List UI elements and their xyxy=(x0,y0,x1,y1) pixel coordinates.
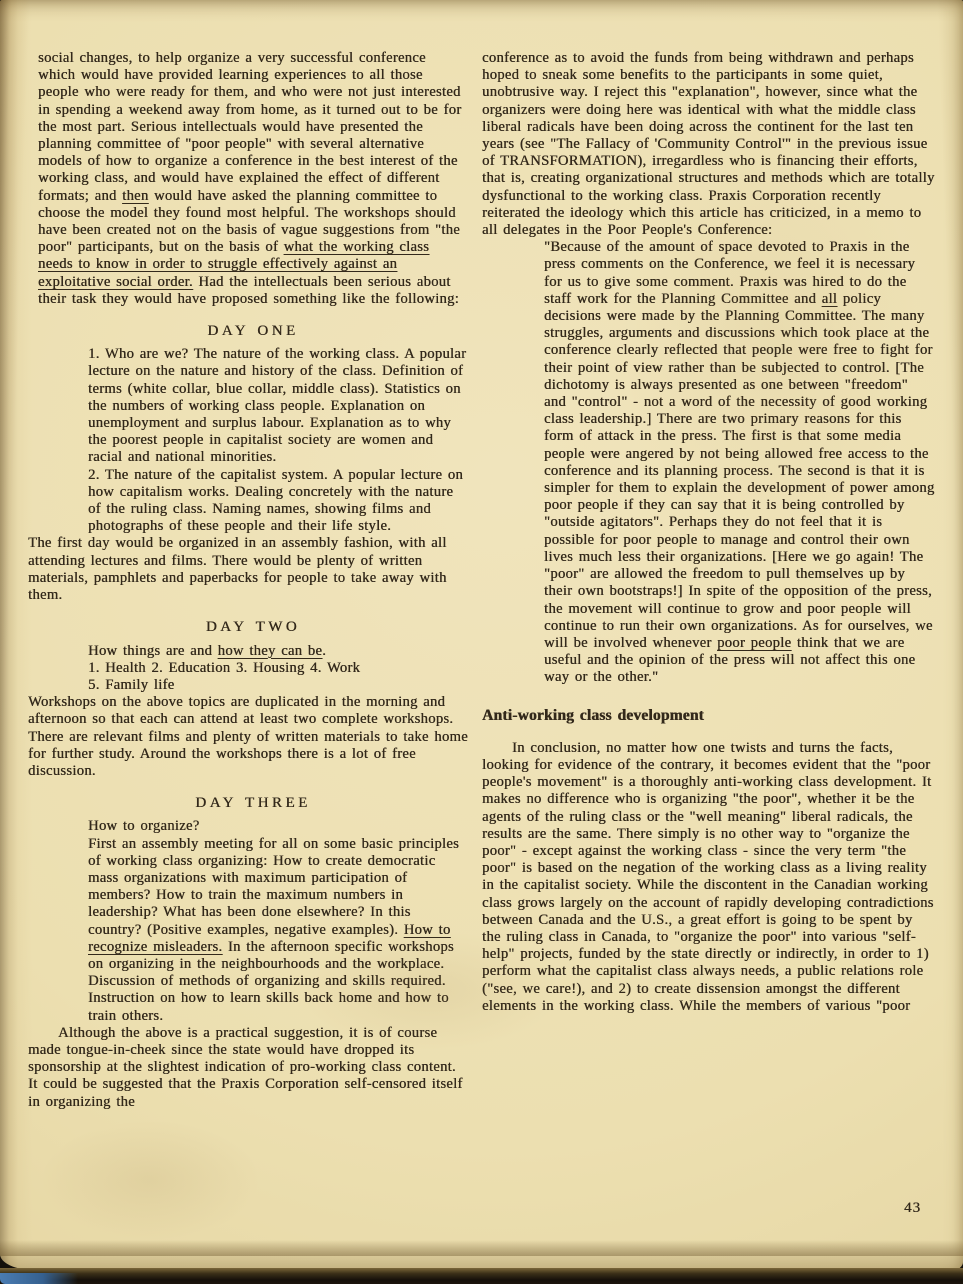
text-block: 1. Who are we? The nature of the working… xyxy=(88,346,468,466)
day-two-lines: How things are and how they can be.1. He… xyxy=(38,643,468,695)
text-run: In conclusion, no matter how one twists … xyxy=(482,740,934,1014)
text-block: First an assembly meeting for all on som… xyxy=(88,836,468,1025)
text-run: Although the above is a practical sugges… xyxy=(28,1025,463,1110)
text-block: How to organize? xyxy=(88,818,468,835)
day-two-heading: DAY TWO xyxy=(38,619,468,636)
text-run: Workshops on the above topics are duplic… xyxy=(28,694,468,779)
text-run: . xyxy=(322,643,326,659)
day-three-lines: How to organize?First an assembly meetin… xyxy=(38,818,468,1024)
underlined-text: all xyxy=(822,291,838,307)
text-run: 2. The nature of the capitalist system. … xyxy=(88,467,463,535)
text-run: The first day would be organized in an a… xyxy=(28,535,447,603)
right-column: conference as to avoid the funds from be… xyxy=(482,50,935,1111)
paragraph-although: Although the above is a practical sugges… xyxy=(28,1025,468,1111)
text-run: 1. Who are we? The nature of the working… xyxy=(88,346,466,465)
paragraph-conference: conference as to avoid the funds from be… xyxy=(482,50,935,239)
paragraph-workshops: Workshops on the above topics are duplic… xyxy=(28,694,468,780)
underlined-text: poor people xyxy=(717,635,791,651)
section-heading-anti-working-class: Anti-working class development xyxy=(482,707,935,724)
scanned-document: social changes, to help organize a very … xyxy=(0,0,963,1284)
underlined-text: then xyxy=(122,188,148,204)
day-one-items: 1. Who are we? The nature of the working… xyxy=(38,346,468,535)
day-one-heading: DAY ONE xyxy=(38,323,468,340)
text-block: 1. Health 2. Education 3. Housing 4. Wor… xyxy=(88,660,468,677)
text-block: How things are and how they can be. xyxy=(88,643,468,660)
paragraph-first-day: The first day would be organized in an a… xyxy=(28,535,468,604)
day-three-heading: DAY THREE xyxy=(38,795,468,812)
praxis-memo-quote: "Because of the amount of space devoted … xyxy=(482,239,935,686)
text-block: 2. The nature of the capitalist system. … xyxy=(88,467,468,536)
underlined-text: how they can be xyxy=(218,643,323,659)
text-run: 1. Health 2. Education 3. Housing 4. Wor… xyxy=(88,660,360,676)
left-column: social changes, to help organize a very … xyxy=(38,50,468,1111)
paper-stain xyxy=(40,1120,260,1240)
text-run: social changes, to help organize a very … xyxy=(38,50,461,204)
two-column-layout: social changes, to help organize a very … xyxy=(38,50,939,1111)
magazine-page: social changes, to help organize a very … xyxy=(0,0,963,1270)
text-run: How things are and xyxy=(88,643,218,659)
paragraph-intro: social changes, to help organize a very … xyxy=(38,50,468,308)
text-run: policy decisions were made by the Planni… xyxy=(544,291,934,651)
text-run: conference as to avoid the funds from be… xyxy=(482,50,935,238)
blue-cover-corner xyxy=(0,1273,78,1284)
page-number: 43 xyxy=(904,1200,921,1217)
text-run: How to organize? xyxy=(88,818,199,834)
book-binding-edge xyxy=(0,1268,963,1284)
page-bottom-shadow xyxy=(0,1240,963,1256)
text-run: 5. Family life xyxy=(88,677,174,693)
text-block: 5. Family life xyxy=(88,677,468,694)
paragraph-conclusion: In conclusion, no matter how one twists … xyxy=(482,740,935,1015)
